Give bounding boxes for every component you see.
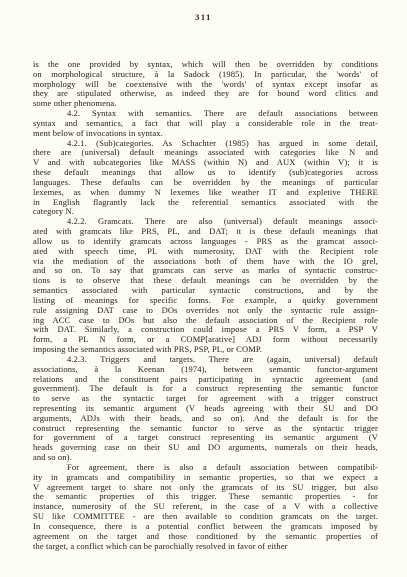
- text-line: 4.2.2. Gramcats. There are also (univers…: [33, 217, 378, 227]
- text-line: some other phenomena.: [33, 99, 378, 109]
- text-line: tions is to observe that these default m…: [33, 276, 378, 286]
- text-line: agreement on the target and those condit…: [33, 532, 378, 542]
- page-body: is the one provided by syntax, which wil…: [33, 60, 378, 551]
- text-line: in English flagrantly lack the referenti…: [33, 198, 378, 208]
- text-line: for government of a target construct rep…: [33, 433, 378, 443]
- text-line: V agreement target to share not only the…: [33, 483, 378, 493]
- text-line: is the one provided by syntax, which wil…: [33, 60, 378, 70]
- text-line: In consequence, there is a potential con…: [33, 522, 378, 532]
- text-line: these default meanings that allow us to …: [33, 168, 378, 178]
- text-line: allow us to identify gramcats across lan…: [33, 237, 378, 247]
- text-line: to serve as the syntactic target for agr…: [33, 394, 378, 404]
- text-line: lexemes, as when dummy N lexemes like we…: [33, 188, 378, 198]
- text-line: form, a PL N form, or a COMP[arative] AD…: [33, 335, 378, 345]
- text-line: rule assigning DAT case to DOs overrides…: [33, 306, 378, 316]
- text-line: ated with gramcats like PRS, PL, and DAT…: [33, 227, 378, 237]
- text-line: ing ACC case to DOs but also the default…: [33, 316, 378, 326]
- text-line: arguments, ADJs with their heads, and so…: [33, 414, 378, 424]
- text-line: instance, numerosity of the SU referent,…: [33, 502, 378, 512]
- text-line: and so on).: [33, 453, 378, 463]
- text-line: the semantic properties of this trigger.…: [33, 492, 378, 502]
- text-line: For agreement, there is also a default a…: [33, 463, 378, 473]
- text-line: ated with speech time, PL with numerosit…: [33, 247, 378, 257]
- text-line: 4.2.1. (Sub)categories. As Schachter (19…: [33, 139, 378, 149]
- text-line: languages. These defaults can be overrid…: [33, 178, 378, 188]
- text-line: imposing the semantics associated with P…: [33, 345, 378, 355]
- text-line: via the mediation of the associations bo…: [33, 257, 378, 267]
- text-line: associations, à la Keenan (1974), betwee…: [33, 365, 378, 375]
- text-line: syntax and semantics, a fact that will p…: [33, 119, 378, 129]
- text-line: relations and the constituent pairs part…: [33, 375, 378, 385]
- text-line: ment below of invocations in syntax.: [33, 129, 378, 139]
- text-line: government). The default is for a constr…: [33, 384, 378, 394]
- text-line: heads governing case on their SU and DO …: [33, 443, 378, 453]
- text-line: they are stipulated otherwise, as indeed…: [33, 89, 378, 99]
- text-line: 4.2.3. Triggers and targets. There are (…: [33, 355, 378, 365]
- text-line: V and with subcategories like MASS (with…: [33, 158, 378, 168]
- text-line: 4.2. Syntax with semantics. There are de…: [33, 109, 378, 119]
- text-line: SU like COMMITTEE - are then available t…: [33, 512, 378, 522]
- text-line: morphology will be coextensive with the …: [33, 80, 378, 90]
- text-line: ity in gramcats and compatibility in sem…: [33, 473, 378, 483]
- scanned-document-page: 311 is the one provided by syntax, which…: [0, 0, 407, 577]
- text-line: there are (universal) default meanings a…: [33, 148, 378, 158]
- text-line: representing its semantic argument (V he…: [33, 404, 378, 414]
- page-number: 311: [0, 12, 407, 22]
- text-line: with DAT. Similarly, a construction coul…: [33, 325, 378, 335]
- text-line: on morphological structure, à la Sadock …: [33, 70, 378, 80]
- text-line: and so on. To say that gramcats can serv…: [33, 266, 378, 276]
- text-line: category N.: [33, 207, 378, 217]
- text-line: the target, a conflict which can be paro…: [33, 542, 378, 552]
- text-line: construct representing the semantic func…: [33, 424, 378, 434]
- text-line: semantics associated with particular syn…: [33, 286, 378, 296]
- text-line: listing of meanings for specific forms. …: [33, 296, 378, 306]
